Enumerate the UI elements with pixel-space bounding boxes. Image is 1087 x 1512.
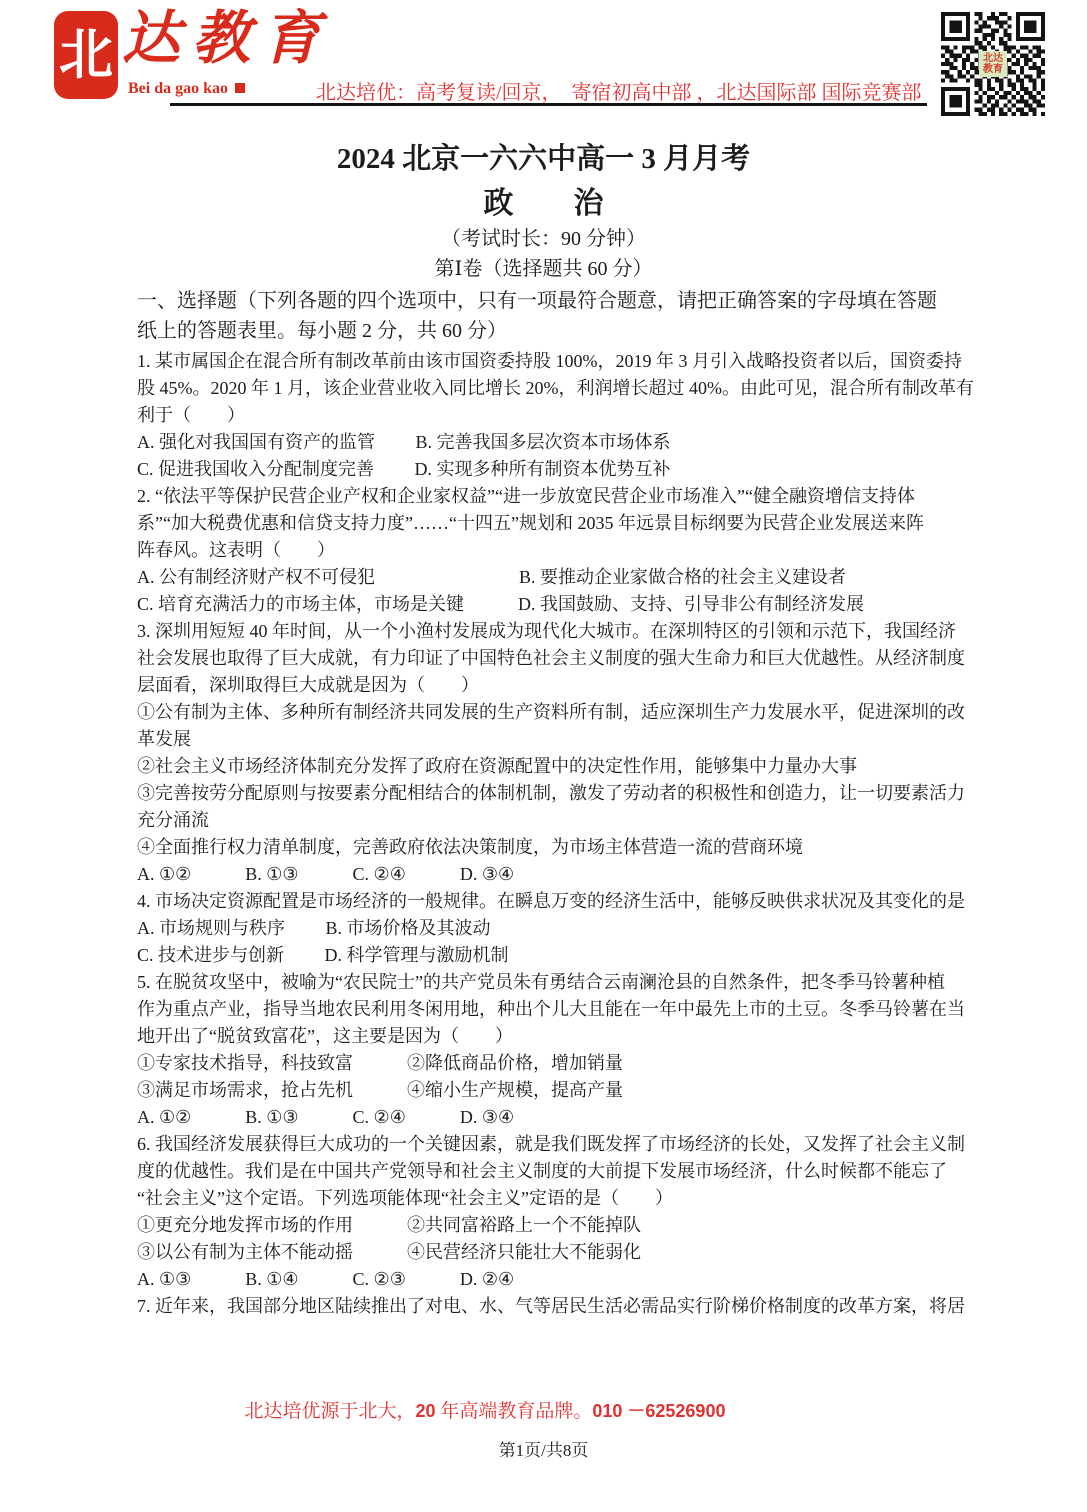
question-line: 2. “依法平等保护民营企业产权和企业家权益”“进一步放宽民营企业市场准入”“健…	[137, 483, 974, 510]
brand-square-icon	[235, 83, 245, 93]
questions: 1. 某市属国企在混合所有制改革前由该市国资委持股 100%，2019 年 3 …	[137, 348, 974, 1320]
seal-character: 北	[59, 28, 113, 82]
brand-seal-icon: 北	[56, 13, 116, 97]
question-line: 系”“加大税费优惠和信贷支持力度”……“十四五”规划和 2035 年远景目标纲要…	[137, 510, 974, 537]
question-line: 层面看，深圳取得巨大成就是因为（ ）	[137, 672, 974, 699]
question-line: C. 促进我国收入分配制度完善 D. 实现多种所有制资本优势互补	[137, 456, 974, 483]
volume-heading: 第Ⅰ卷（选择题共 60 分）	[0, 252, 1087, 281]
question-line: ③以公有制为主体不能动摇 ④民营经济只能壮大不能弱化	[137, 1239, 974, 1266]
question-line: “社会主义”这个定语。下列选项能体现“社会主义”定语的是（ ）	[137, 1185, 974, 1212]
footer-text: 北达培优源于北大，	[245, 1401, 416, 1422]
header-tagline: 北达培优：高考复读/回京， 寄宿初高中部 ，北达国际部 国际竞赛部	[316, 76, 922, 105]
question-line: 4. 市场决定资源配置是市场经济的一般规律。在瞬息万变的经济生活中，能够反映供求…	[137, 888, 974, 915]
question-line: 社会发展也取得了巨大成就，有力印证了中国特色社会主义制度的强大生命力和巨大优越性…	[137, 645, 974, 672]
question-line: 作为重点产业，指导当地农民利用冬闲用地，种出个儿大且能在一年中最先上市的土豆。冬…	[137, 996, 974, 1023]
question-line: 利于（ ）	[137, 402, 974, 429]
question-line: ①更充分地发挥市场的作用 ②共同富裕路上一个不能掉队	[137, 1212, 974, 1239]
page-title: 2024 北京一六六中高一 3 月月考	[0, 136, 1087, 177]
brand-subtitle-text: Bei da gao kao	[128, 80, 228, 97]
qr-center-label: 北达教育	[979, 51, 1007, 77]
question-line: 5. 在脱贫攻坚中，被喻为“农民院士”的共产党员朱有勇结合云南澜沧县的自然条件，…	[137, 969, 974, 996]
intro-line: 纸上的答题表里。每小题 2 分，共 60 分）	[137, 316, 937, 346]
question-line: 充分涌流	[137, 807, 974, 834]
question-line: A. ①③ B. ①④ C. ②③ D. ②④	[137, 1266, 974, 1293]
question-line: 革发展	[137, 726, 974, 753]
question-line: A. 公有制经济财产权不可侵犯 B. 要推动企业家做合格的社会主义建设者	[137, 564, 974, 591]
qr-label-line1: 北达	[983, 53, 1003, 64]
page-number: 第1页/共8页	[0, 1436, 1087, 1461]
question-line: ①公有制为主体、多种所有制经济共同发展的生产资料所有制，适应深圳生产力发展水平，…	[137, 699, 974, 726]
question-line: A. ①② B. ①③ C. ②④ D. ③④	[137, 861, 974, 888]
section-intro: 一、选择题（下列各题的四个选项中，只有一项最符合题意，请把正确答案的字母填在答题…	[137, 286, 937, 346]
question-line: ④全面推行权力清单制度，完善政府依法决策制度，为市场主体营造一流的营商环境	[137, 834, 974, 861]
qr-code: 北达教育	[938, 12, 1048, 116]
footer-phone: 010 －62526900	[592, 1401, 725, 1421]
footer-years: 20	[416, 1401, 436, 1421]
subject-title: 政 治	[0, 178, 1087, 222]
question-line: A. 市场规则与秩序 B. 市场价格及其波动	[137, 915, 974, 942]
question-line: ③满足市场需求，抢占先机 ④缩小生产规模，提高产量	[137, 1077, 974, 1104]
question-line: 阵春风。这表明（ ）	[137, 537, 974, 564]
question-line: A. ①② B. ①③ C. ②④ D. ③④	[137, 1104, 974, 1131]
exam-duration: （考试时长：90 分钟）	[0, 222, 1087, 251]
intro-line: 一、选择题（下列各题的四个选项中，只有一项最符合题意，请把正确答案的字母填在答题	[137, 286, 937, 316]
question-line: C. 培育充满活力的市场主体，市场是关键 D. 我国鼓励、支持、引导非公有制经济…	[137, 591, 974, 618]
question-line: 3. 深圳用短短 40 年时间，从一个小渔村发展成为现代化大城市。在深圳特区的引…	[137, 618, 974, 645]
header-divider	[170, 103, 927, 106]
question-line: ①专家技术指导，科技致富 ②降低商品价格，增加销量	[137, 1050, 974, 1077]
question-line: 股 45%。2020 年 1 月，该企业营业收入同比增长 20%，利润增长超过 …	[137, 375, 974, 402]
footer-text2: 年高端教育品牌。	[436, 1401, 593, 1422]
question-line: 7. 近年来，我国部分地区陆续推出了对电、水、气等居民生活必需品实行阶梯价格制度…	[137, 1293, 974, 1320]
question-line: A. 强化对我国国有资产的监管 B. 完善我国多层次资本市场体系	[137, 429, 974, 456]
brand-calligraphy: 达教育	[122, 4, 332, 74]
question-line: ③完善按劳分配原则与按要素分配相结合的体制机制，激发了劳动者的积极性和创造力，让…	[137, 780, 974, 807]
question-line: 地开出了“脱贫致富花”，这主要是因为（ ）	[137, 1023, 974, 1050]
question-line: 1. 某市属国企在混合所有制改革前由该市国资委持股 100%，2019 年 3 …	[137, 348, 974, 375]
brand-subtitle: Bei da gao kao	[128, 80, 245, 98]
question-line: 6. 我国经济发展获得巨大成功的一个关键因素，就是我们既发挥了市场经济的长处，又…	[137, 1131, 974, 1158]
footer-slogan: 北达培优源于北大，20 年高端教育品牌。010 －62526900	[0, 1396, 970, 1423]
question-line: ②社会主义市场经济体制充分发挥了政府在资源配置中的决定性作用，能够集中力量办大事	[137, 753, 974, 780]
question-line: 度的优越性。我们是在中国共产党领导和社会主义制度的大前提下发展市场经济，什么时候…	[137, 1158, 974, 1185]
question-line: C. 技术进步与创新 D. 科学管理与激励机制	[137, 942, 974, 969]
exam-page: 北 达教育 Bei da gao kao 北达培优：高考复读/回京， 寄宿初高中…	[0, 0, 1087, 1512]
qr-label-line2: 教育	[983, 64, 1003, 75]
